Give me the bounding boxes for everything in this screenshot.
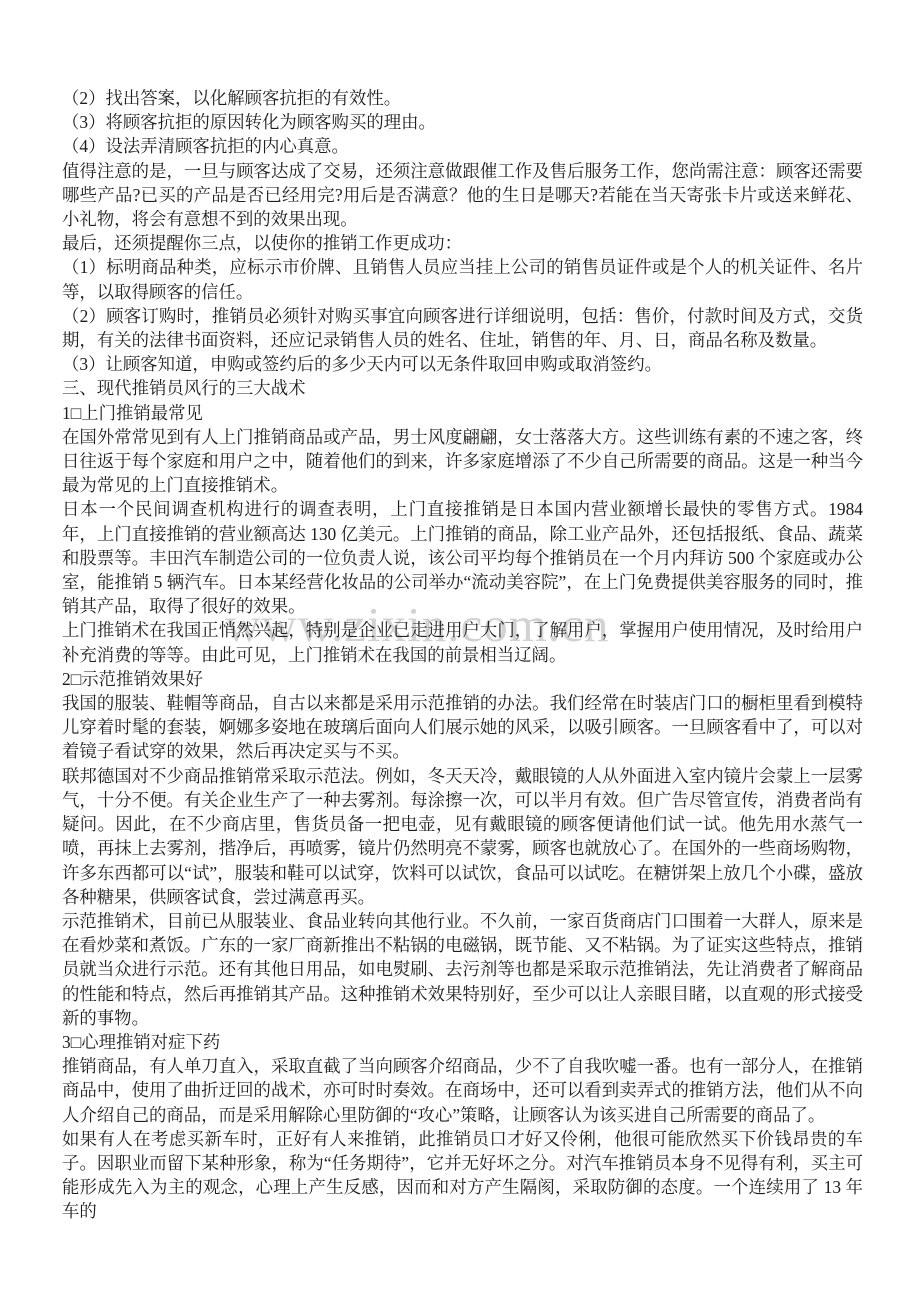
heading-door-to-door-selling: 1□上门推销最常见 [62, 401, 863, 425]
paragraph: 示范推销术，目前已从服装业、食品业转向其他行业。不久前，一家百货商店门口围着一大… [62, 909, 863, 1030]
document-content: （2）找出答案，以化解顾客抗拒的有效性。 （3）将顾客抗拒的原因转化为顾客购买的… [62, 86, 863, 1224]
heading-three-tactics: 三、现代推销员风行的三大战术 [62, 376, 863, 400]
paragraph: 如果有人在考虑买新车时，正好有人来推销，此推销员口才好又伶俐，他很可能欣然买下价… [62, 1127, 863, 1224]
paragraph: 最后，还须提醒你三点，以使你的推销工作更成功： [62, 231, 863, 255]
list-item: （3）将顾客抗拒的原因转化为顾客购买的理由。 [62, 110, 863, 134]
paragraph: 在国外常常见到有人上门推销商品或产品，男士风度翩翩，女士落落大方。这些训练有素的… [62, 425, 863, 498]
document-page: www.zixin.com.cn （2）找出答案，以化解顾客抗拒的有效性。 （3… [0, 0, 920, 1302]
paragraph: 上门推销术在我国正悄然兴起，特别是企业已走进用户大门，了解用户，掌握用户使用情况… [62, 618, 863, 666]
list-item: （3）让顾客知道，申购或签约后的多少天内可以无条件取回申购或取消签约。 [62, 352, 863, 376]
list-item: （2）找出答案，以化解顾客抗拒的有效性。 [62, 86, 863, 110]
paragraph: 我国的服装、鞋帽等商品，自古以来都是采用示范推销的办法。我们经常在时装店门口的橱… [62, 691, 863, 764]
heading-demonstration-selling: 2□示范推销效果好 [62, 667, 863, 691]
list-item: （1）标明商品种类，应标示市价牌、且销售人员应当挂上公司的销售员证件或是个人的机… [62, 255, 863, 303]
list-item: （2）顾客订购时，推销员必须针对购买事宜向顾客进行详细说明，包括：售价，付款时间… [62, 304, 863, 352]
heading-psychological-selling: 3□心理推销对症下药 [62, 1030, 863, 1054]
paragraph: 推销商品，有人单刀直入，采取直截了当向顾客介绍商品，少不了自我吹嘘一番。也有一部… [62, 1054, 863, 1127]
paragraph: 联邦德国对不少商品推销常采取示范法。例如，冬天天冷，戴眼镜的人从外面进入室内镜片… [62, 764, 863, 909]
paragraph: 日本一个民间调查机构进行的调查表明，上门直接推销是日本国内营业额增长最快的零售方… [62, 497, 863, 618]
list-item: （4）设法弄清顾客抗拒的内心真意。 [62, 134, 863, 158]
paragraph: 值得注意的是，一旦与顾客达成了交易，还须注意做跟催工作及售后服务工作，您尚需注意… [62, 159, 863, 232]
